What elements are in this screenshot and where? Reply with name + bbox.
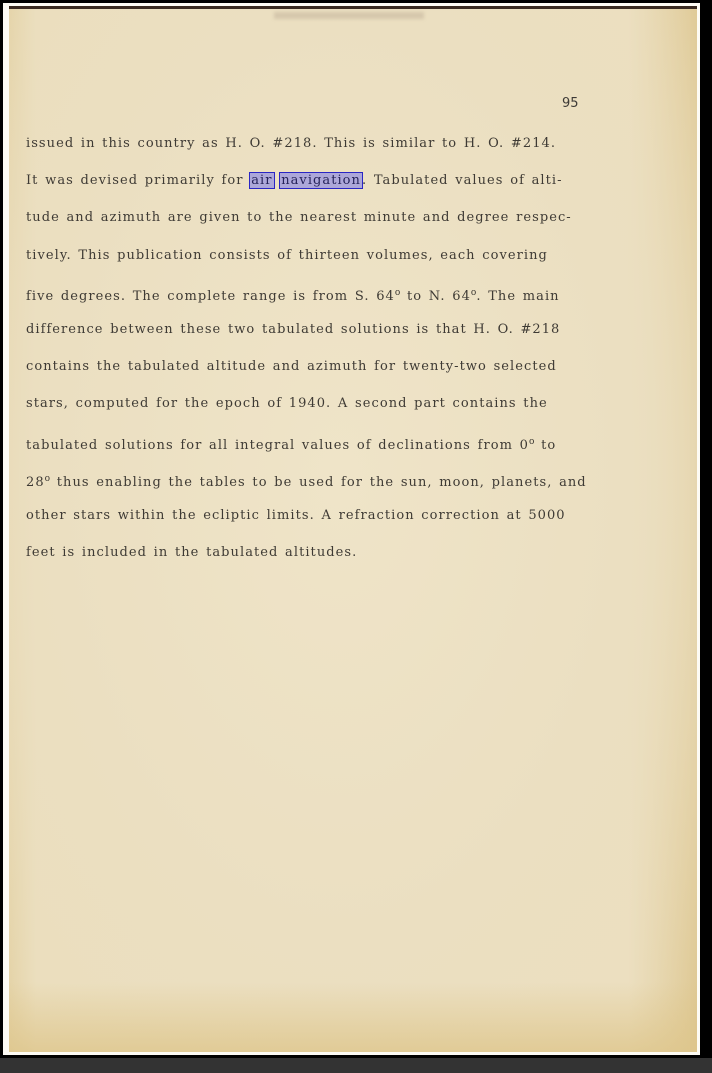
page-frame: 95 issued in this country as H. O. #218.… — [3, 3, 700, 1055]
text-segment: tude and azimuth are given to the neares… — [26, 210, 572, 225]
text-segment: . Tabulated values of alti- — [362, 173, 563, 188]
text-line: tively. This publication consists of thi… — [26, 247, 666, 284]
text-segment: to — [534, 438, 556, 453]
text-line: contains the tabulated altitude and azim… — [26, 358, 666, 395]
text-segment: feet is included in the tabulated altitu… — [26, 545, 357, 560]
bleed-through-mark — [274, 12, 424, 19]
text-segment: thus enabling the tables to be used for … — [50, 475, 587, 490]
text-line: feet is included in the tabulated altitu… — [26, 544, 666, 581]
text-segment: 28 — [26, 475, 45, 490]
text-line: stars, computed for the epoch of 1940. A… — [26, 395, 666, 432]
text-segment: tabulated solutions for all integral val… — [26, 438, 529, 453]
search-highlight[interactable]: navigation — [280, 173, 362, 188]
text-segment: to N. 64 — [400, 289, 471, 304]
scanned-page: 95 issued in this country as H. O. #218.… — [9, 6, 697, 1052]
text-line: difference between these two tabulated s… — [26, 321, 666, 358]
text-line: tabulated solutions for all integral val… — [26, 433, 666, 470]
bottom-toolbar — [0, 1058, 712, 1073]
body-text: issued in this country as H. O. #218. Th… — [26, 135, 666, 581]
document-viewer: 95 issued in this country as H. O. #218.… — [0, 0, 712, 1073]
text-segment: issued in this country as H. O. #218. Th… — [26, 136, 556, 151]
text-line: other stars within the ecliptic limits. … — [26, 507, 666, 544]
viewer-edge — [700, 0, 712, 1058]
text-line: tude and azimuth are given to the neares… — [26, 209, 666, 246]
text-segment: tively. This publication consists of thi… — [26, 248, 548, 263]
text-segment: contains the tabulated altitude and azim… — [26, 359, 557, 374]
text-segment: stars, computed for the epoch of 1940. A… — [26, 396, 548, 411]
search-highlight[interactable]: air — [250, 173, 273, 188]
text-line: It was devised primarily for air navigat… — [26, 172, 666, 209]
text-segment: It was devised primarily for — [26, 173, 250, 188]
text-segment: difference between these two tabulated s… — [26, 322, 560, 337]
text-line: issued in this country as H. O. #218. Th… — [26, 135, 666, 172]
text-line: 28o thus enabling the tables to be used … — [26, 470, 666, 507]
text-segment: five degrees. The complete range is from… — [26, 289, 395, 304]
text-line: five degrees. The complete range is from… — [26, 284, 666, 321]
text-segment: . The main — [476, 289, 559, 304]
text-segment: other stars within the ecliptic limits. … — [26, 508, 566, 523]
page-number: 95 — [562, 96, 579, 111]
